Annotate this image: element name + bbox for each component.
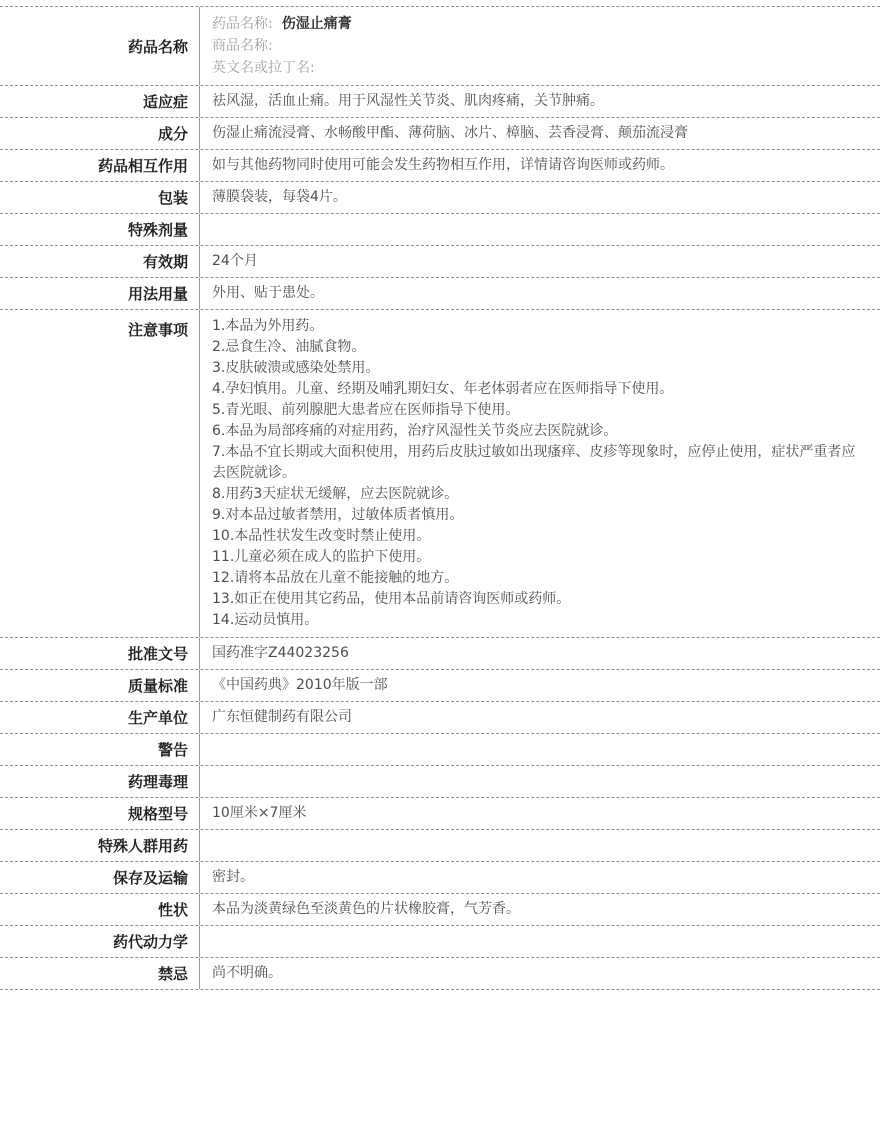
name-field-line: 药品名称:伤湿止痛膏	[212, 13, 866, 35]
table-row: 特殊人群用药	[0, 830, 880, 862]
row-label: 规格型号	[0, 798, 200, 829]
row-content: 密封。	[200, 862, 880, 893]
row-content	[200, 830, 880, 861]
row-content: 本品为淡黄绿色至淡黄色的片状橡胶膏，气芳香。	[200, 894, 880, 925]
note-line: 12.请将本品放在儿童不能接触的地方。	[212, 568, 866, 589]
table-row: 批准文号国药准字Z44023256	[0, 638, 880, 670]
note-line: 3.皮肤破溃或感染处禁用。	[212, 358, 866, 379]
table-row: 禁忌尚不明确。	[0, 958, 880, 990]
row-label: 特殊剂量	[0, 214, 200, 245]
note-line: 2.忌食生冷、油腻食物。	[212, 337, 866, 358]
row-content: 1.本品为外用药。2.忌食生冷、油腻食物。3.皮肤破溃或感染处禁用。4.孕妇慎用…	[200, 310, 880, 637]
field-value: 伤湿止痛膏	[282, 16, 352, 32]
row-content: 10厘米×7厘米	[200, 798, 880, 829]
row-label: 药品相互作用	[0, 150, 200, 181]
row-label: 用法用量	[0, 278, 200, 309]
field-key: 药品名称:	[212, 16, 273, 32]
table-row: 药代动力学	[0, 926, 880, 958]
note-line: 1.本品为外用药。	[212, 316, 866, 337]
table-row: 药理毒理	[0, 766, 880, 798]
table-row: 注意事项1.本品为外用药。2.忌食生冷、油腻食物。3.皮肤破溃或感染处禁用。4.…	[0, 310, 880, 638]
note-line: 4.孕妇慎用。儿童、经期及哺乳期妇女、年老体弱者应在医师指导下使用。	[212, 379, 866, 400]
table-row: 适应症祛风湿，活血止痛。用于风湿性关节炎、肌肉疼痛，关节肿痛。	[0, 86, 880, 118]
row-content: 广东恒健制药有限公司	[200, 702, 880, 733]
row-content: 外用、贴于患处。	[200, 278, 880, 309]
note-line: 11.儿童必须在成人的监护下使用。	[212, 547, 866, 568]
table-row: 成分伤湿止痛流浸膏、水畅酸甲酯、薄荷脑、冰片、樟脑、芸香浸膏、颠茄流浸膏	[0, 118, 880, 150]
note-line: 8.用药3天症状无缓解，应去医院就诊。	[212, 484, 866, 505]
row-label: 药代动力学	[0, 926, 200, 957]
note-line: 10.本品性状发生改变时禁止使用。	[212, 526, 866, 547]
row-content: 祛风湿，活血止痛。用于风湿性关节炎、肌肉疼痛，关节肿痛。	[200, 86, 880, 117]
table-row: 性状本品为淡黄绿色至淡黄色的片状橡胶膏，气芳香。	[0, 894, 880, 926]
table-row: 警告	[0, 734, 880, 766]
row-content: 国药准字Z44023256	[200, 638, 880, 669]
table-row: 包装薄膜袋装，每袋4片。	[0, 182, 880, 214]
table-row: 特殊剂量	[0, 214, 880, 246]
note-line: 9.对本品过敏者禁用，过敏体质者慎用。	[212, 505, 866, 526]
row-content	[200, 734, 880, 765]
row-content	[200, 766, 880, 797]
row-label: 药品名称	[0, 7, 200, 85]
row-label: 成分	[0, 118, 200, 149]
row-content: 24个月	[200, 246, 880, 277]
table-row: 保存及运输密封。	[0, 862, 880, 894]
row-content: 尚不明确。	[200, 958, 880, 989]
row-content	[200, 214, 880, 245]
row-label: 性状	[0, 894, 200, 925]
note-line: 7.本品不宜长期或大面积使用，用药后皮肤过敏如出现瘙痒、皮疹等现象时，应停止使用…	[212, 442, 866, 484]
row-content	[200, 926, 880, 957]
name-field-line: 英文名或拉丁名:	[212, 57, 866, 79]
table-row: 有效期24个月	[0, 246, 880, 278]
row-label: 包装	[0, 182, 200, 213]
table-row: 药品相互作用如与其他药物同时使用可能会发生药物相互作用，详情请咨询医师或药师。	[0, 150, 880, 182]
row-content: 药品名称:伤湿止痛膏商品名称:英文名或拉丁名:	[200, 7, 880, 85]
note-line: 5.青光眼、前列腺肥大患者应在医师指导下使用。	[212, 400, 866, 421]
row-label: 保存及运输	[0, 862, 200, 893]
row-label: 禁忌	[0, 958, 200, 989]
row-content: 薄膜袋装，每袋4片。	[200, 182, 880, 213]
row-label: 生产单位	[0, 702, 200, 733]
table-row: 规格型号10厘米×7厘米	[0, 798, 880, 830]
note-line: 14.运动员慎用。	[212, 610, 866, 631]
row-label: 适应症	[0, 86, 200, 117]
row-label: 批准文号	[0, 638, 200, 669]
row-label: 质量标准	[0, 670, 200, 701]
table-row: 质量标准《中国药典》2010年版一部	[0, 670, 880, 702]
note-line: 6.本品为局部疼痛的对症用药，治疗风湿性关节炎应去医院就诊。	[212, 421, 866, 442]
table-row: 用法用量外用、贴于患处。	[0, 278, 880, 310]
note-line: 13.如正在使用其它药品，使用本品前请咨询医师或药师。	[212, 589, 866, 610]
row-label: 注意事项	[0, 310, 200, 637]
row-label: 特殊人群用药	[0, 830, 200, 861]
field-key: 英文名或拉丁名:	[212, 60, 315, 76]
row-label: 有效期	[0, 246, 200, 277]
row-label: 警告	[0, 734, 200, 765]
table-row: 药品名称药品名称:伤湿止痛膏商品名称:英文名或拉丁名:	[0, 7, 880, 86]
row-content: 《中国药典》2010年版一部	[200, 670, 880, 701]
row-label: 药理毒理	[0, 766, 200, 797]
row-content: 伤湿止痛流浸膏、水畅酸甲酯、薄荷脑、冰片、樟脑、芸香浸膏、颠茄流浸膏	[200, 118, 880, 149]
name-field-line: 商品名称:	[212, 35, 866, 57]
field-key: 商品名称:	[212, 38, 273, 54]
drug-info-table: 药品名称药品名称:伤湿止痛膏商品名称:英文名或拉丁名:适应症祛风湿，活血止痛。用…	[0, 6, 880, 990]
row-content: 如与其他药物同时使用可能会发生药物相互作用，详情请咨询医师或药师。	[200, 150, 880, 181]
table-row: 生产单位广东恒健制药有限公司	[0, 702, 880, 734]
